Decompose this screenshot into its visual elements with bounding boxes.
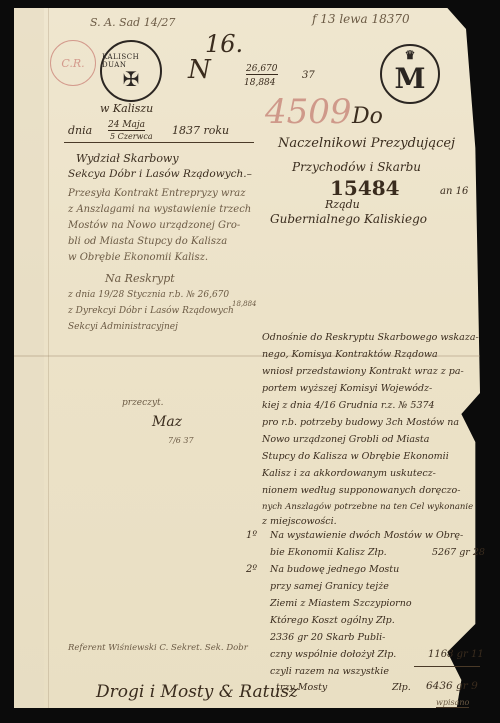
subject-line-5: w Obrębie Ekonomii Kalisz. (68, 252, 208, 263)
subject-line-2: z Anszlagami na wystawienie trzech (68, 204, 251, 215)
addressee-line-3: Rządu (325, 198, 360, 211)
eagle-seal-stamp: KALISCH DUAN ✠ (100, 40, 162, 102)
body-line-12: z miejscowości. (262, 516, 337, 527)
closing-line: Drogi i Mosty & Ratusz (96, 682, 298, 702)
addressee-line-2: Przychodów i Skarbu (292, 160, 421, 174)
date-old-style: 24 Maja (108, 120, 145, 131)
item-2-line-4: Którego Koszt ogólny Złp. (270, 615, 395, 626)
sender-line-2: Sekcya Dóbr i Lasów Rządowych.– (68, 168, 252, 180)
reskrypt-line-1: z dnia 19/28 Stycznia r.b. № 26,670 (68, 290, 229, 300)
registry-suffix: an 16 (440, 186, 468, 197)
double-eagle-icon: ✠ (123, 69, 140, 89)
document-number: 16. (205, 30, 243, 58)
body-line-10: nionem według supponowanych doręczo- (262, 485, 460, 496)
body-line-11: nych Anszlagów potrzebne na ten Cel wyko… (262, 502, 473, 512)
body-line-5: kiej z dnia 4/16 Grudnia r.z. № 5374 (262, 400, 435, 411)
left-margin-strip (14, 8, 44, 708)
item-2-line-5: 2336 gr 20 Skarb Publi- (270, 632, 385, 643)
body-line-3: wniosł przedstawiony Kontrakt wraz z pa- (262, 366, 464, 377)
place-text: w Kaliszu (100, 102, 153, 115)
item-1-line-1: Na wystawienie dwóch Mostów w Obrę- (270, 530, 463, 541)
sender-line-1: Wydział Skarbowy (76, 152, 179, 165)
top-left-note: S. A. Sad 14/27 (90, 16, 175, 29)
item-2-number: 2º (246, 564, 257, 575)
subject-line-3: Mostów na Nowo urządzonej Gro- (68, 220, 240, 231)
item-1-line-2: bie Ekonomii Kalisz Złp. (270, 547, 387, 558)
registry-number: 15484 (330, 176, 400, 200)
monogram-letter: M (395, 62, 426, 95)
total-currency: Złp. (392, 682, 411, 693)
red-round-stamp: C.R. (50, 40, 96, 86)
reference-symbol: N (188, 55, 211, 85)
item-2-line-1: Na budowę jednego Mostu (270, 564, 399, 575)
referent-line: Referent Wiśniewski C. Sekret. Sek. Dobr (68, 643, 248, 653)
reference-fraction-top: 26,670 (246, 64, 278, 75)
item-2-line-2: przy samej Granicy tejże (270, 581, 389, 592)
total-note: wpisano (436, 698, 469, 708)
date-year: 1837 roku (172, 124, 229, 137)
item-1-number: 1º (246, 530, 257, 541)
item-2-line-6: czny wspólnie dołożył Złp. (270, 649, 396, 660)
annotation-signature: Maz (152, 414, 182, 430)
red-stamp-initials: C.R. (61, 57, 84, 70)
annotation-date: 7/6 37 (168, 436, 194, 445)
date-prefix: dnia (68, 124, 92, 137)
item-2-amount: 1168 gr 11 (428, 649, 484, 660)
body-line-4: portem wyższej Komisyi Wojewódz- (262, 383, 432, 394)
crown-icon: ♛ (405, 48, 416, 62)
reference-year: 37 (302, 70, 315, 81)
reskrypt-fraction-bottom: 18,884 (232, 300, 257, 308)
red-pencil-number: 4509 (265, 92, 352, 132)
body-line-2: nego, Komisya Kontraktów Rządowa (262, 349, 438, 360)
reskrypt-line-2: z Dyrekcyi Dóbr i Lasów Rządowych (68, 306, 234, 316)
date-new-style: 5 Czerwca (110, 132, 153, 141)
total-line-1: czyli razem na wszystkie (270, 666, 389, 677)
item-2-line-3: Ziemi z Miastem Szczypiorno (270, 598, 412, 609)
addressee-to: Do (352, 104, 383, 129)
item-1-amount: 5267 gr 28 (432, 547, 485, 558)
body-line-8: Stupcy do Kalisza w Obrębie Ekonomii (262, 451, 449, 462)
top-right-note: f 13 lewa 18370 (312, 12, 410, 26)
body-line-6: pro r.b. potrzeby budowy 3ch Mostów na (262, 417, 459, 428)
reskrypt-heading: Na Reskrypt (105, 272, 175, 285)
crown-monogram-stamp: ♛ M (380, 44, 440, 104)
annotation-text: przeczyt. (122, 398, 163, 408)
sum-rule (414, 666, 480, 667)
addressee-line-4: Gubernialnego Kaliskiego (270, 212, 427, 226)
subject-line-1: Przesyła Kontrakt Entrepryzy wraz (68, 188, 246, 199)
body-line-9: Kalisz i za akkordowanym uskutecz- (262, 468, 436, 479)
reference-fraction-bottom: 18,884 (244, 78, 276, 88)
reskrypt-line-3: Sekcyi Administracyjnej (68, 322, 178, 332)
date-underline (64, 142, 254, 143)
vertical-fold-line (48, 8, 49, 708)
total-amount: 6436 gr 9 (426, 680, 478, 692)
body-line-7: Nowo urządzonej Grobli od Miasta (262, 434, 429, 445)
subject-line-4: bli od Miasta Stupcy do Kalisza (68, 236, 227, 247)
addressee-line-1: Naczelnikowi Prezydującej (278, 136, 455, 151)
body-line-1: Odnośnie do Reskryptu Skarbowego wskaza- (262, 332, 479, 343)
